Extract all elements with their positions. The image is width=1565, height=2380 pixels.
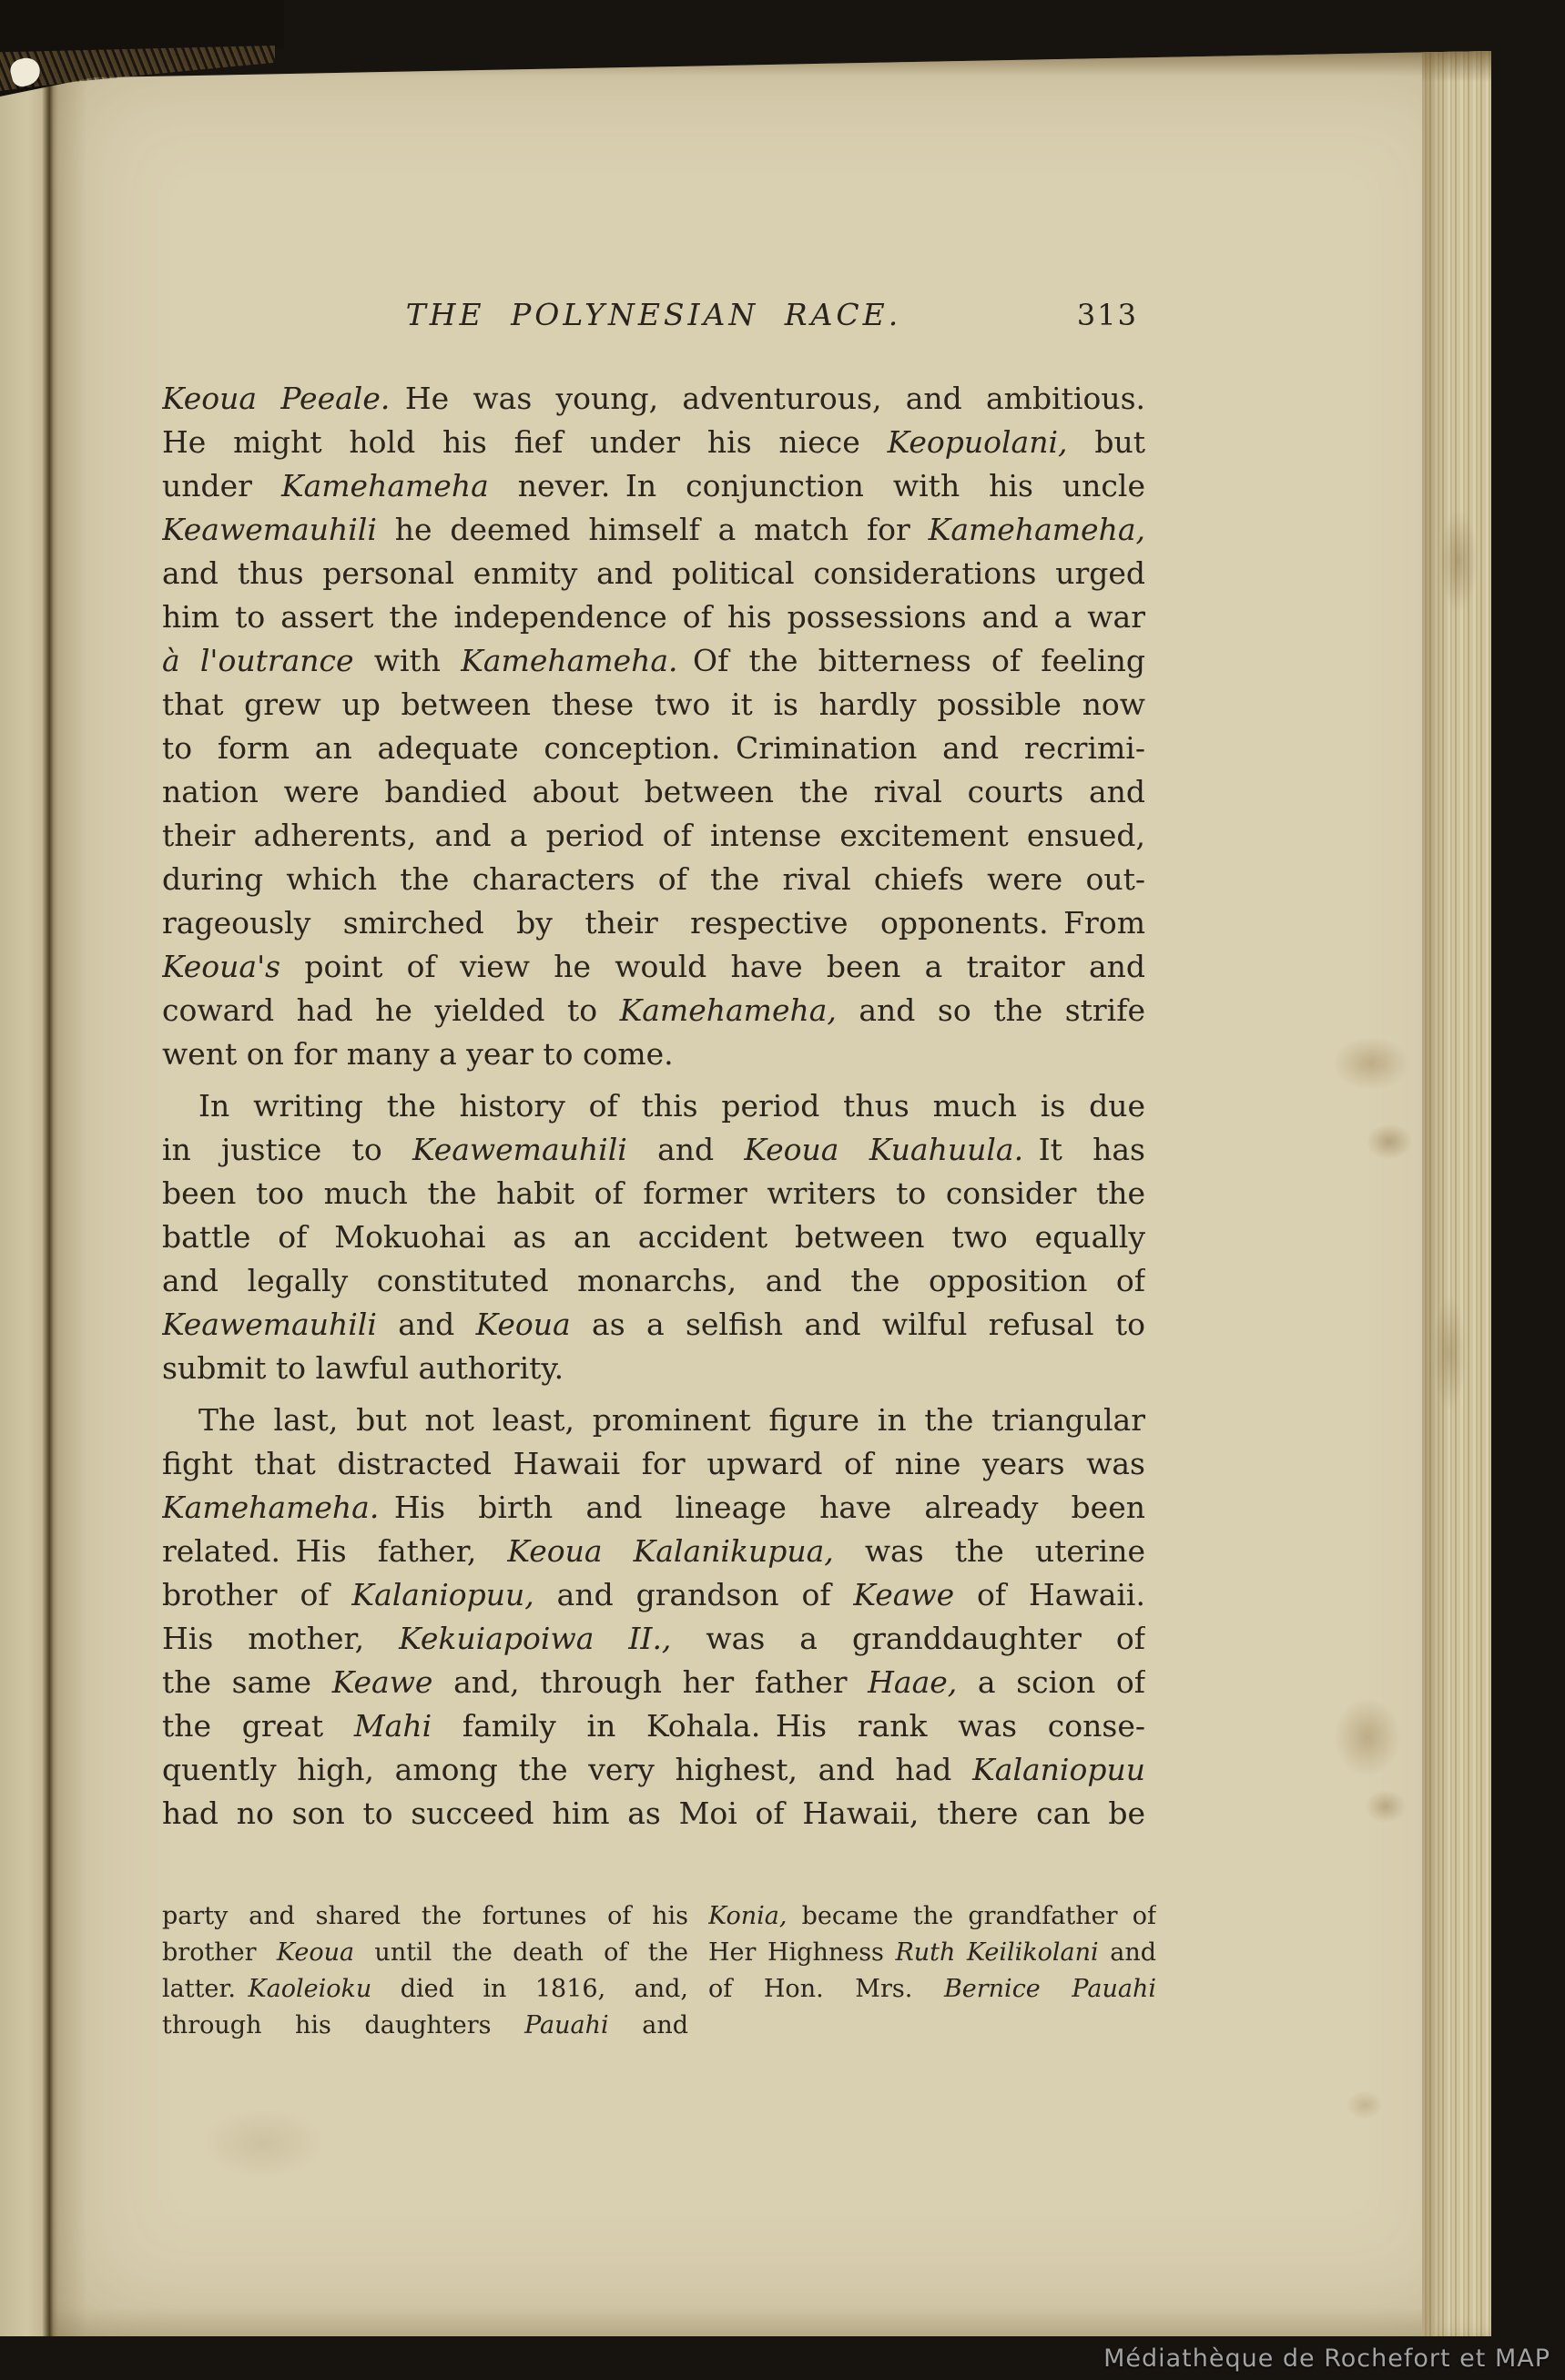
paragraph: In writing the history of this period th…: [162, 1084, 1145, 1390]
text-line: him to assert the independence of his po…: [162, 595, 1145, 639]
text-line: Her Highness Ruth Keilikolani and: [708, 1935, 1156, 1971]
text-line: nation were bandied about between the ri…: [162, 770, 1145, 814]
text-line: He might hold his fief under his niece K…: [162, 421, 1145, 464]
paragraph: The last, but not least, prominent figur…: [162, 1399, 1145, 1836]
page-header: THE POLYNESIAN RACE. 313: [162, 297, 1145, 341]
text-line: Keoua's point of view he would have been…: [162, 945, 1145, 989]
text-line: Kamehameha. His birth and lineage have a…: [162, 1486, 1145, 1530]
text-line: The last, but not least, prominent figur…: [162, 1399, 1145, 1442]
text-line: brother of Kalaniopuu, and grandson of K…: [162, 1573, 1145, 1617]
text-line: His mother, Kekuiapoiwa II., was a grand…: [162, 1617, 1145, 1661]
footnote-right-column: Konia, became the grandfather ofHer High…: [708, 1898, 1156, 2044]
text-line: and legally constituted monarchs, and th…: [162, 1259, 1145, 1303]
body-text: Keoua Peeale. He was young, adventurous,…: [162, 377, 1145, 1836]
text-line: been too much the habit of former writer…: [162, 1172, 1145, 1215]
text-line: à l'outrance with Kamehameha. Of the bit…: [162, 639, 1145, 683]
page-fore-edge: [1422, 51, 1491, 2338]
text-line: fight that distracted Hawaii for upward …: [162, 1442, 1145, 1486]
text-line: in justice to Keawemauhili and Keoua Kua…: [162, 1128, 1145, 1172]
text-line: went on for many a year to come.: [162, 1032, 1145, 1076]
text-line: that grew up between these two it is har…: [162, 683, 1145, 727]
text-line: latter. Kaoleioku died in 1816, and,: [162, 1971, 688, 2008]
text-line: the great Mahi family in Kohala. His ran…: [162, 1704, 1145, 1748]
text-line: of Hon. Mrs. Bernice Pauahi Bishop.: [708, 1971, 1156, 2008]
text-line: Keoua Peeale. He was young, adventurous,…: [162, 377, 1145, 421]
text-line: had no son to succeed him as Moi of Hawa…: [162, 1792, 1145, 1836]
text-line: related. His father, Keoua Kalanikupua, …: [162, 1530, 1145, 1573]
text-line: the same Keawe and, through her father H…: [162, 1661, 1145, 1704]
footnote-left-column: party and shared the fortunes of hisbrot…: [162, 1898, 688, 2044]
page-number: 313: [1077, 298, 1138, 332]
text-line: during which the characters of the rival…: [162, 858, 1145, 901]
text-line: coward had he yielded to Kamehameha, and…: [162, 989, 1145, 1032]
text-line: Keawemauhili he deemed himself a match f…: [162, 508, 1145, 552]
text-line: their adherents, and a period of intense…: [162, 814, 1145, 858]
text-line: quently high, among the very highest, an…: [162, 1748, 1145, 1792]
text-line: party and shared the fortunes of his: [162, 1898, 688, 1935]
paragraph: Keoua Peeale. He was young, adventurous,…: [162, 377, 1145, 1076]
text-line: through his daughters Pauahi and: [162, 2008, 688, 2044]
text-line: Keawemauhili and Keoua as a selfish and …: [162, 1303, 1145, 1347]
text-line: In writing the history of this period th…: [162, 1084, 1145, 1128]
gutter-crease: [42, 71, 58, 2338]
running-title: THE POLYNESIAN RACE.: [406, 297, 902, 332]
book-page: THE POLYNESIAN RACE. 313 Keoua Peeale. H…: [49, 51, 1491, 2338]
text-line: to form an adequate conception. Criminat…: [162, 727, 1145, 770]
text-line: submit to lawful authority.: [162, 1347, 1145, 1390]
text-line: rageously smirched by their respective o…: [162, 901, 1145, 945]
text-line: brother Keoua until the death of the: [162, 1935, 688, 1971]
watermark-text: Médiathèque de Rochefort et MAP: [1103, 2344, 1550, 2373]
text-line: battle of Mokuohai as an accident betwee…: [162, 1215, 1145, 1259]
text-line: under Kamehameha never. In conjunction w…: [162, 464, 1145, 508]
footnote: party and shared the fortunes of hisbrot…: [162, 1898, 1160, 2044]
scan-bottom-bar: Médiathèque de Rochefort et MAP: [0, 2336, 1565, 2380]
text-line: and thus personal enmity and political c…: [162, 552, 1145, 595]
text-line: Konia, became the grandfather of: [708, 1898, 1156, 1935]
